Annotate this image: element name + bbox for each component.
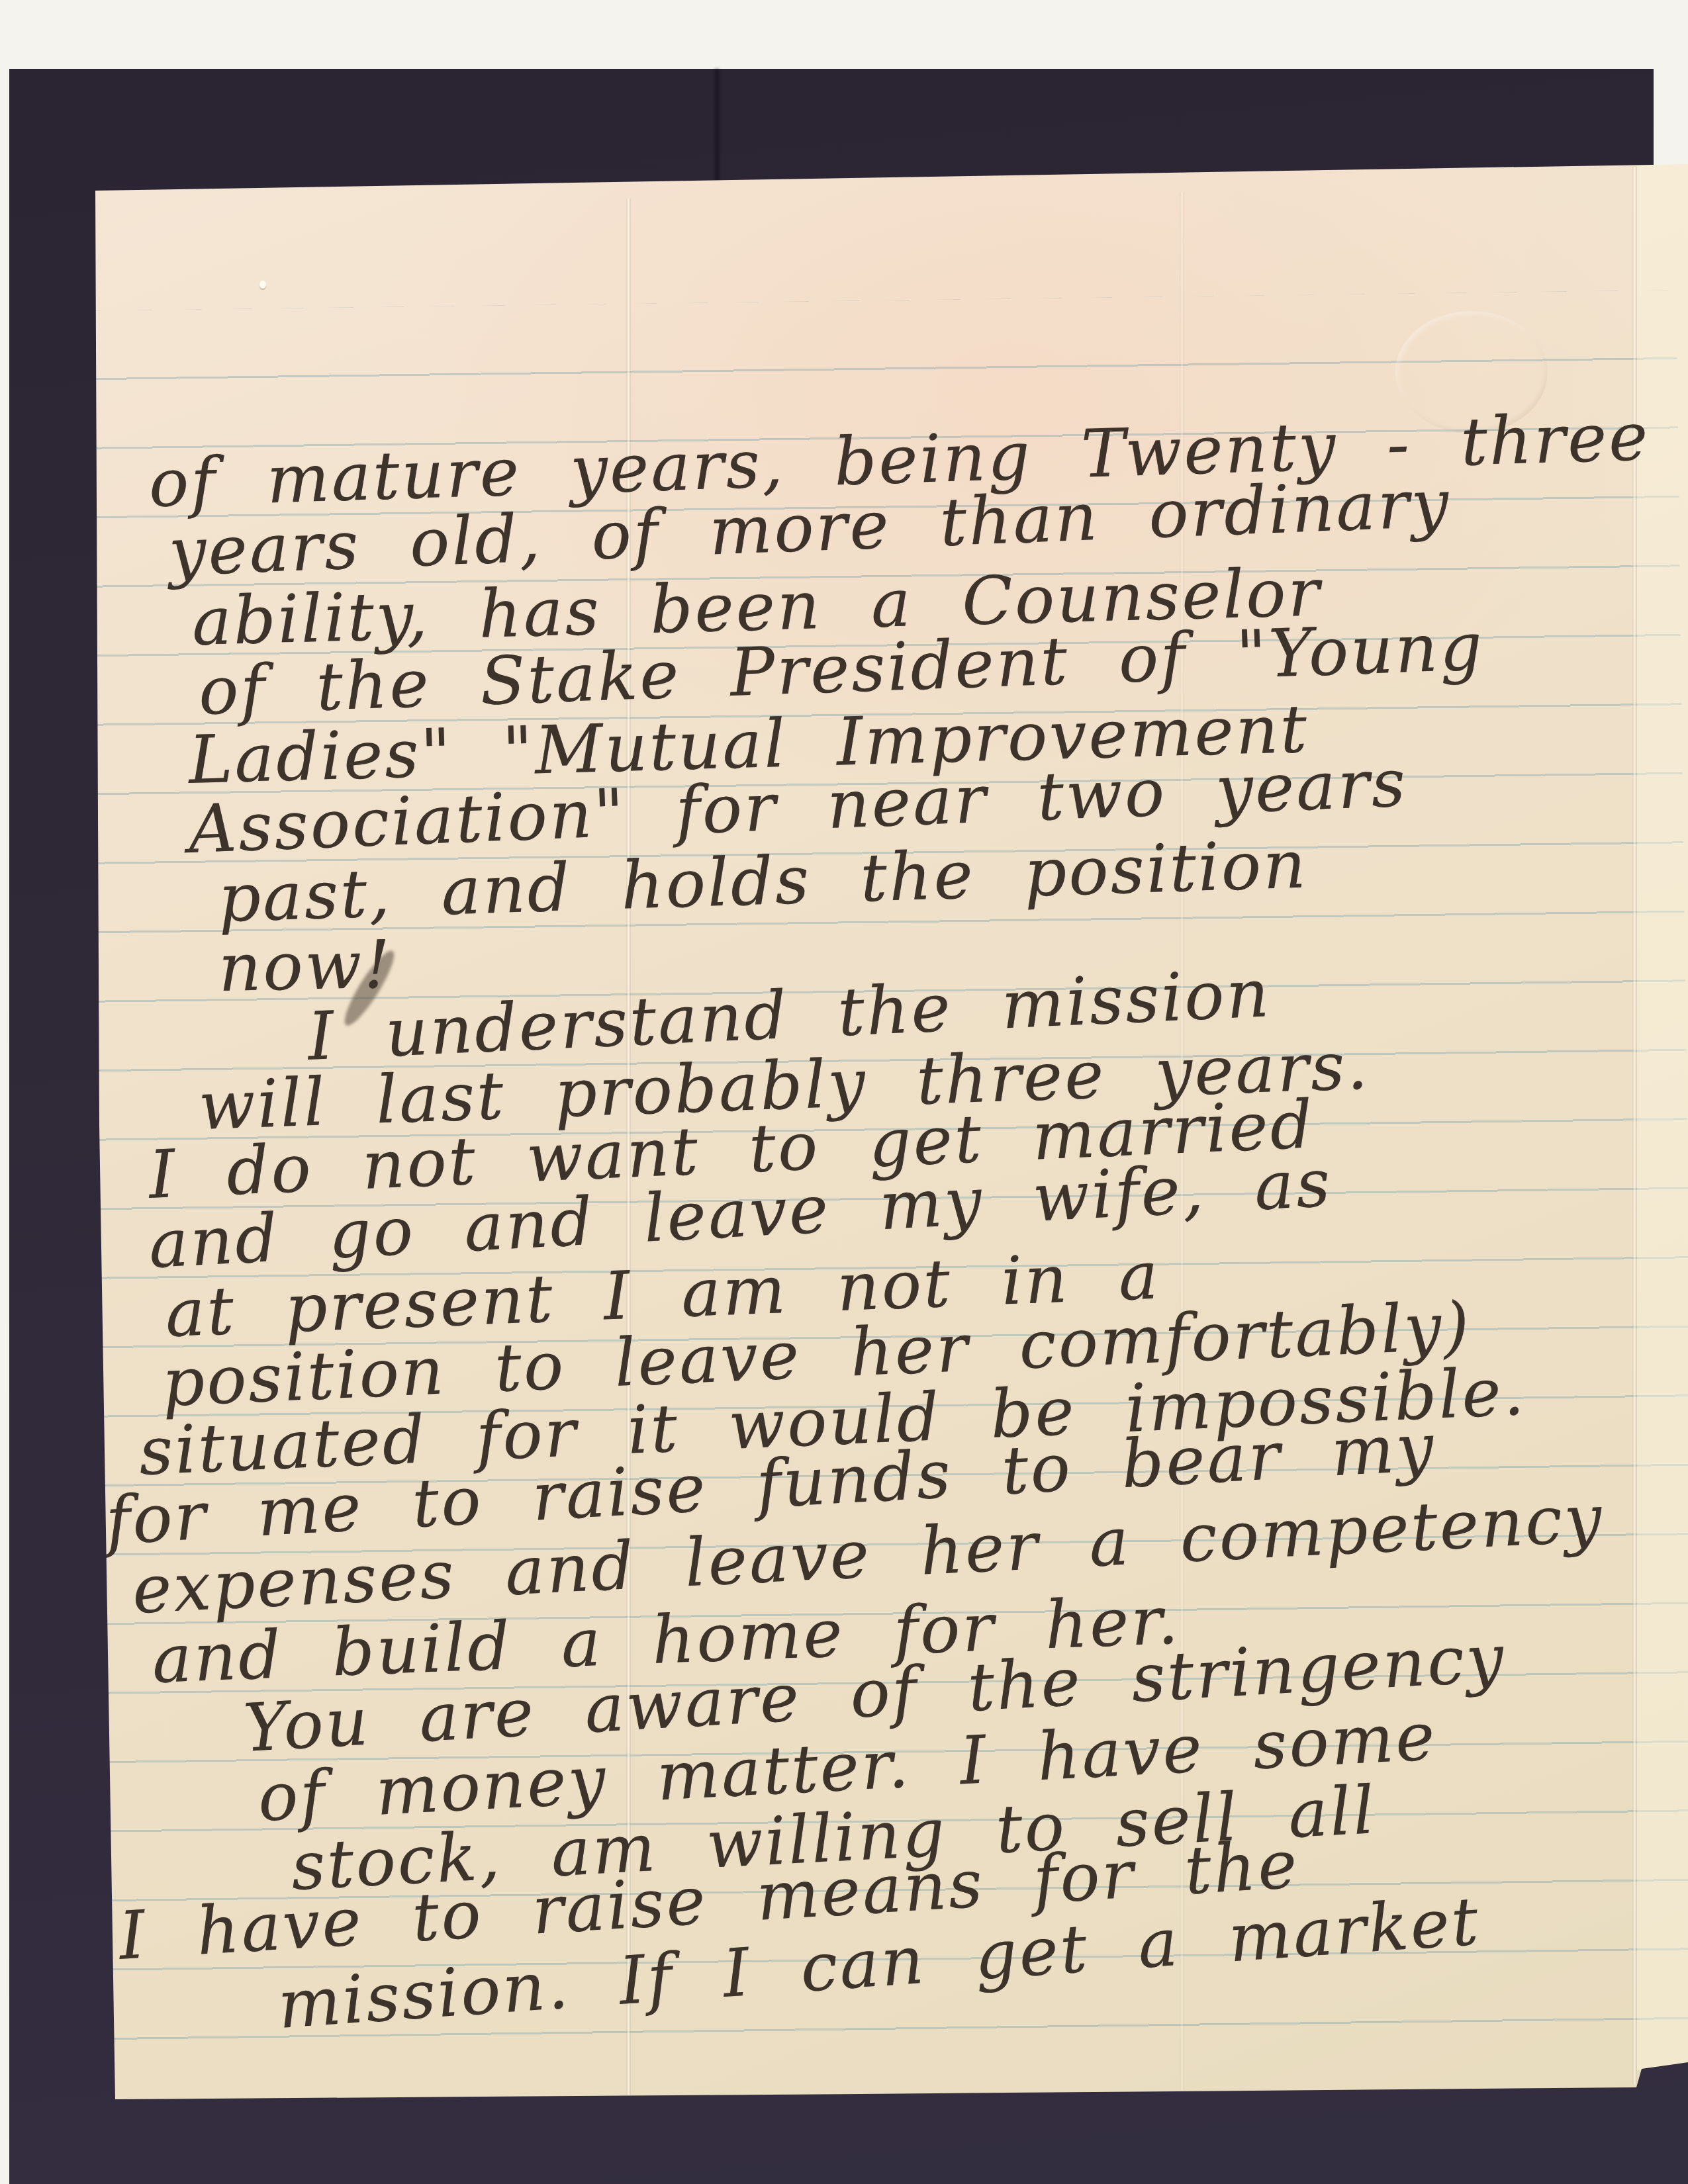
scanned-letter-page: of mature years, being Twenty - threeyea… bbox=[0, 0, 1688, 2184]
letter-paper: of mature years, being Twenty - threeyea… bbox=[0, 0, 1688, 2184]
scanner-background-corner bbox=[1654, 69, 1688, 176]
handwriting-line: now! bbox=[218, 930, 393, 1003]
handwriting-layer: of mature years, being Twenty - threeyea… bbox=[0, 0, 1688, 2184]
